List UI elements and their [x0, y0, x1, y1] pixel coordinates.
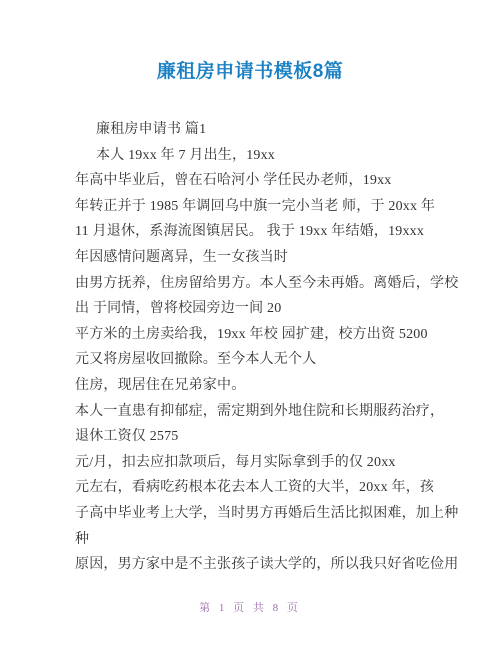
- document-text-line: 由男方抚养，住房留给男方。本人至今未再婚。离婚后，学校: [75, 271, 435, 297]
- document-body: 廉租房申请书 篇1本人 19xx 年 7 月出生，19xx年高中毕业后，曾在石哈…: [75, 117, 435, 578]
- page-number-footer: 第 1 页 共 8 页: [0, 600, 500, 616]
- document-text-line: 原因，男方家中是不主张孩子读大学的，所以我只好省吃俭用: [75, 552, 435, 578]
- document-text-line: 子高中毕业考上大学，当时男方再婚后生活比拟困难，加上种: [75, 501, 435, 527]
- document-text-line: 本人 19xx 年 7 月出生，19xx: [75, 143, 435, 169]
- document-text-line: 年高中毕业后，曾在石哈河小 学任民办老师，19xx: [75, 168, 435, 194]
- document-text-line: 退休工资仅 2575: [75, 424, 435, 450]
- document-text-line: 年转正并于 1985 年调回乌中旗一完小当老 师，于 20xx 年: [75, 194, 435, 220]
- document-text-line: 种: [75, 527, 435, 553]
- document-text-line: 住房，现居住在兄弟家中。: [75, 373, 435, 399]
- document-text-line: 年因感情问题离异，生一女孩当时: [75, 245, 435, 271]
- document-title: 廉租房申请书模板8篇: [0, 58, 500, 86]
- document-text-line: 11 月退休，系海流图镇居民。 我于 19xx 年结婚，19xxx: [75, 219, 435, 245]
- document-text-line: 元左右，看病吃药根本花去本人工资的大半，20xx 年，孩: [75, 475, 435, 501]
- document-page: 廉租房申请书模板8篇 廉租房申请书 篇1本人 19xx 年 7 月出生，19xx…: [0, 0, 500, 647]
- document-text-line: 廉租房申请书 篇1: [75, 117, 435, 143]
- document-text-line: 元/月，扣去应扣款项后，每月实际拿到手的仅 20xx: [75, 450, 435, 476]
- document-text-line: 出 于同情，曾将校园旁边一间 20: [75, 296, 435, 322]
- document-text-line: 平方米的土房卖给我，19xx 年校 园扩建，校方出资 5200: [75, 322, 435, 348]
- document-text-line: 本人一直患有抑郁症，需定期到外地住院和长期服药治疗，: [75, 399, 435, 425]
- document-text-line: 元又将房屋收回撤除。至今本人无个人: [75, 347, 435, 373]
